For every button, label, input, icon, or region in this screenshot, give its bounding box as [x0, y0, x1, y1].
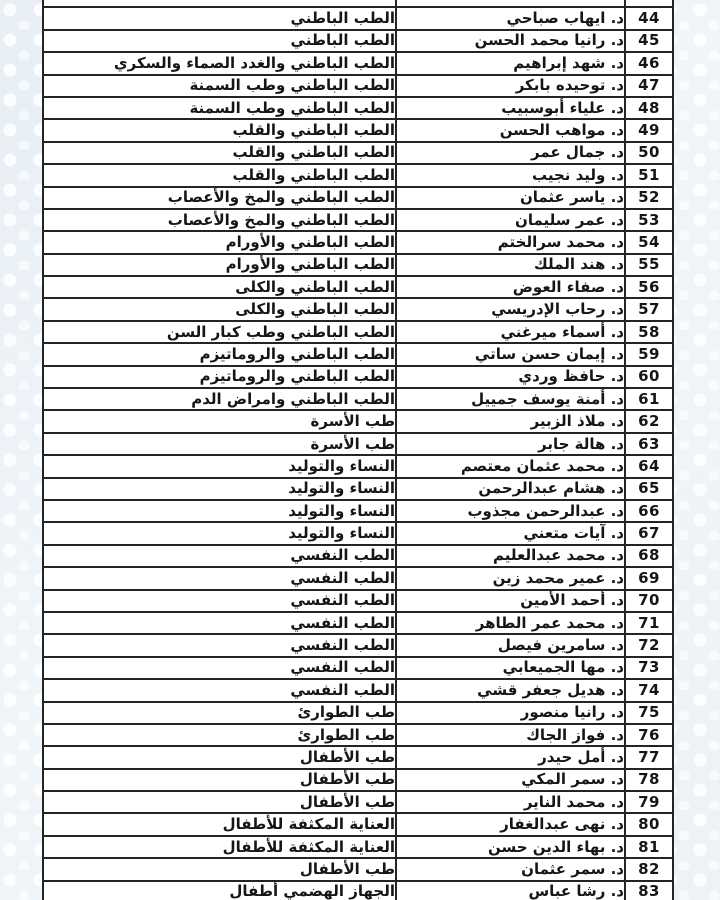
row-number-cell: 49 — [625, 119, 673, 141]
row-number-cell: 83 — [625, 881, 673, 900]
doctor-name-cell: د. محمد عبدالعليم — [396, 545, 625, 567]
specialty-cell: الطب النفسي — [43, 679, 396, 701]
row-number-cell: 72 — [625, 634, 673, 656]
table-row: 83د. رشا عباسالجهاز الهضمي أطفال — [43, 881, 673, 900]
specialty-cell — [43, 0, 396, 7]
row-number-cell: 57 — [625, 298, 673, 320]
row-number-cell: 68 — [625, 545, 673, 567]
row-number-cell: 50 — [625, 142, 673, 164]
specialty-cell: الطب الباطني والقلب — [43, 164, 396, 186]
row-number-cell: 79 — [625, 791, 673, 813]
table-row: 72د. سامرين فيصلالطب النفسي — [43, 634, 673, 656]
specialty-cell: الطب الباطني وطب كبار السن — [43, 321, 396, 343]
specialty-cell: الطب الباطني وطب السمنة — [43, 75, 396, 97]
row-number-cell: 48 — [625, 97, 673, 119]
specialty-cell: العناية المكثفة للأطفال — [43, 813, 396, 835]
table-row: 71د. محمد عمر الطاهرالطب النفسي — [43, 612, 673, 634]
row-number-cell: 73 — [625, 657, 673, 679]
doctor-name-cell: د. محمد عمر الطاهر — [396, 612, 625, 634]
specialty-cell: الطب الباطني والكلى — [43, 276, 396, 298]
doctors-table: 44د. ايهاب صباحيالطب الباطني45د. رانيا م… — [42, 0, 674, 900]
row-number-cell: 58 — [625, 321, 673, 343]
row-number-cell: 77 — [625, 746, 673, 768]
table-row: 44د. ايهاب صباحيالطب الباطني — [43, 7, 673, 29]
table-row: 76د. فواز الجاكطب الطوارئ — [43, 724, 673, 746]
row-number-cell: 62 — [625, 410, 673, 432]
table-row: 50د. جمال عمرالطب الباطني والقلب — [43, 142, 673, 164]
specialty-cell: الطب النفسي — [43, 657, 396, 679]
row-number-cell: 51 — [625, 164, 673, 186]
row-number-cell — [625, 0, 673, 7]
doctor-name-cell: د. توحيده بابكر — [396, 75, 625, 97]
specialty-cell: الطب النفسي — [43, 567, 396, 589]
specialty-cell: الطب الباطني والمخ والأعصاب — [43, 209, 396, 231]
table-row: 58د. أسماء ميرغنيالطب الباطني وطب كبار ا… — [43, 321, 673, 343]
specialty-cell: الطب الباطني والكلى — [43, 298, 396, 320]
table-row: 55د. هند الملكالطب الباطني والأورام — [43, 254, 673, 276]
doctor-name-cell: د. أمل حيدر — [396, 746, 625, 768]
row-number-cell: 59 — [625, 343, 673, 365]
table-row: 45د. رانيا محمد الحسنالطب الباطني — [43, 30, 673, 52]
row-number-cell: 75 — [625, 702, 673, 724]
doctor-name-cell: د. هديل جعفر قشي — [396, 679, 625, 701]
row-number-cell: 56 — [625, 276, 673, 298]
table-row: 63د. هالة جابرطب الأسرة — [43, 433, 673, 455]
doctor-name-cell: د. بهاء الدين حسن — [396, 836, 625, 858]
table-row: 82د. سمر عثمانطب الأطفال — [43, 858, 673, 880]
table-row: 52د. ياسر عثمانالطب الباطني والمخ والأعص… — [43, 187, 673, 209]
table-row: 62د. ملاذ الزبيرطب الأسرة — [43, 410, 673, 432]
table-row: 47د. توحيده بابكرالطب الباطني وطب السمنة — [43, 75, 673, 97]
specialty-cell: طب الأطفال — [43, 746, 396, 768]
specialty-cell: الطب النفسي — [43, 634, 396, 656]
doctor-name-cell: د. أحمد الأمين — [396, 590, 625, 612]
specialty-cell: طب الأسرة — [43, 410, 396, 432]
specialty-cell: الطب الباطني والأورام — [43, 254, 396, 276]
specialty-cell: الطب الباطني والأورام — [43, 231, 396, 253]
row-number-cell: 81 — [625, 836, 673, 858]
doctor-name-cell: د. صفاء العوض — [396, 276, 625, 298]
specialty-cell: طب الأطفال — [43, 791, 396, 813]
table-row: 51د. وليد نجيبالطب الباطني والقلب — [43, 164, 673, 186]
table-row: 48د. علياء أبوسبيبالطب الباطني وطب السمن… — [43, 97, 673, 119]
table-row: 69د. عمير محمد زينالطب النفسي — [43, 567, 673, 589]
row-number-cell: 46 — [625, 52, 673, 74]
row-number-cell: 47 — [625, 75, 673, 97]
row-number-cell: 55 — [625, 254, 673, 276]
specialty-cell: الطب الباطني والروماتيزم — [43, 366, 396, 388]
table-row: 64د. محمد عثمان معتصمالنساء والتوليد — [43, 455, 673, 477]
specialty-cell: الطب الباطني وطب السمنة — [43, 97, 396, 119]
doctor-name-cell: د. رانيا محمد الحسن — [396, 30, 625, 52]
specialty-cell: الطب الباطني والروماتيزم — [43, 343, 396, 365]
doctor-name-cell: د. عمر سليمان — [396, 209, 625, 231]
doctor-name-cell: د. سمر المكي — [396, 769, 625, 791]
doctor-name-cell: د. حافظ وردي — [396, 366, 625, 388]
doctor-name-cell: د. ايهاب صباحي — [396, 7, 625, 29]
specialty-cell: النساء والتوليد — [43, 478, 396, 500]
specialty-cell: الجهاز الهضمي أطفال — [43, 881, 396, 900]
doctors-table-body: 44د. ايهاب صباحيالطب الباطني45د. رانيا م… — [43, 0, 673, 900]
row-number-cell: 54 — [625, 231, 673, 253]
row-number-cell: 60 — [625, 366, 673, 388]
row-number-cell: 78 — [625, 769, 673, 791]
doctor-name-cell: د. هند الملك — [396, 254, 625, 276]
specialty-cell: الطب الباطني والمخ والأعصاب — [43, 187, 396, 209]
row-number-cell: 65 — [625, 478, 673, 500]
table-row: 65د. هشام عبدالرحمنالنساء والتوليد — [43, 478, 673, 500]
doctor-name-cell: د. جمال عمر — [396, 142, 625, 164]
table-row: 53د. عمر سليمانالطب الباطني والمخ والأعص… — [43, 209, 673, 231]
row-number-cell: 74 — [625, 679, 673, 701]
doctor-name-cell: د. محمد عثمان معتصم — [396, 455, 625, 477]
doctor-name-cell — [396, 0, 625, 7]
table-row: 75د. رانيا منصورطب الطوارئ — [43, 702, 673, 724]
row-number-cell: 76 — [625, 724, 673, 746]
row-number-cell: 53 — [625, 209, 673, 231]
doctor-name-cell: د. مها الجميعابي — [396, 657, 625, 679]
specialty-cell: الطب النفسي — [43, 612, 396, 634]
doctor-name-cell: د. إيمان حسن ساتي — [396, 343, 625, 365]
specialty-cell: الطب النفسي — [43, 545, 396, 567]
doctor-name-cell: د. سامرين فيصل — [396, 634, 625, 656]
page-background: 44د. ايهاب صباحيالطب الباطني45د. رانيا م… — [0, 0, 720, 900]
table-row: 77د. أمل حيدرطب الأطفال — [43, 746, 673, 768]
specialty-cell: العناية المكثفة للأطفال — [43, 836, 396, 858]
specialty-cell: النساء والتوليد — [43, 522, 396, 544]
table-row: 80د. نهى عبدالغفارالعناية المكثفة للأطفا… — [43, 813, 673, 835]
specialty-cell: الطب النفسي — [43, 590, 396, 612]
table-row: 60د. حافظ ورديالطب الباطني والروماتيزم — [43, 366, 673, 388]
doctor-name-cell: د. علياء أبوسبيب — [396, 97, 625, 119]
row-number-cell: 69 — [625, 567, 673, 589]
row-number-cell: 66 — [625, 500, 673, 522]
specialty-cell: الطب الباطني والقلب — [43, 119, 396, 141]
doctor-name-cell: د. مواهب الحسن — [396, 119, 625, 141]
doctor-name-cell: د. ملاذ الزبير — [396, 410, 625, 432]
row-number-cell: 45 — [625, 30, 673, 52]
table-row: 49د. مواهب الحسنالطب الباطني والقلب — [43, 119, 673, 141]
table-row: 46د. شهد إبراهيمالطب الباطني والغدد الصم… — [43, 52, 673, 74]
specialty-cell: الطب الباطني والغدد الصماء والسكري — [43, 52, 396, 74]
doctor-name-cell: د. رانيا منصور — [396, 702, 625, 724]
table-row-partial — [43, 0, 673, 7]
table-row: 59د. إيمان حسن ساتيالطب الباطني والرومات… — [43, 343, 673, 365]
row-number-cell: 82 — [625, 858, 673, 880]
row-number-cell: 71 — [625, 612, 673, 634]
row-number-cell: 64 — [625, 455, 673, 477]
specialty-cell: النساء والتوليد — [43, 500, 396, 522]
row-number-cell: 44 — [625, 7, 673, 29]
table-row: 73د. مها الجميعابيالطب النفسي — [43, 657, 673, 679]
specialty-cell: الطب الباطني والقلب — [43, 142, 396, 164]
doctor-name-cell: د. محمد الناير — [396, 791, 625, 813]
doctor-name-cell: د. رحاب الإدريسي — [396, 298, 625, 320]
doctor-name-cell: د. ياسر عثمان — [396, 187, 625, 209]
row-number-cell: 70 — [625, 590, 673, 612]
table-row: 67د. آيات متعنيالنساء والتوليد — [43, 522, 673, 544]
doctor-name-cell: د. هشام عبدالرحمن — [396, 478, 625, 500]
specialty-cell: طب الأطفال — [43, 858, 396, 880]
doctor-name-cell: د. آيات متعني — [396, 522, 625, 544]
doctor-name-cell: د. عبدالرحمن مجذوب — [396, 500, 625, 522]
specialty-cell: الطب الباطني — [43, 7, 396, 29]
doctor-name-cell: د. وليد نجيب — [396, 164, 625, 186]
table-row: 57د. رحاب الإدريسيالطب الباطني والكلى — [43, 298, 673, 320]
table-row: 54د. محمد سرالختمالطب الباطني والأورام — [43, 231, 673, 253]
table-row: 66د. عبدالرحمن مجذوبالنساء والتوليد — [43, 500, 673, 522]
specialty-cell: طب الأطفال — [43, 769, 396, 791]
doctor-name-cell: د. فواز الجاك — [396, 724, 625, 746]
doctor-name-cell: د. أسماء ميرغني — [396, 321, 625, 343]
table-row: 61د. أمنة يوسف جمييلالطب الباطني وامراض … — [43, 388, 673, 410]
table-row: 78د. سمر المكيطب الأطفال — [43, 769, 673, 791]
table-row: 68د. محمد عبدالعليمالطب النفسي — [43, 545, 673, 567]
specialty-cell: طب الطوارئ — [43, 724, 396, 746]
doctor-name-cell: د. شهد إبراهيم — [396, 52, 625, 74]
doctor-name-cell: د. رشا عباس — [396, 881, 625, 900]
specialty-cell: الطب الباطني وامراض الدم — [43, 388, 396, 410]
row-number-cell: 61 — [625, 388, 673, 410]
specialty-cell: النساء والتوليد — [43, 455, 396, 477]
doctor-name-cell: د. عمير محمد زين — [396, 567, 625, 589]
doctor-name-cell: د. هالة جابر — [396, 433, 625, 455]
specialty-cell: طب الأسرة — [43, 433, 396, 455]
row-number-cell: 80 — [625, 813, 673, 835]
doctor-name-cell: د. سمر عثمان — [396, 858, 625, 880]
doctor-name-cell: د. أمنة يوسف جمييل — [396, 388, 625, 410]
doctor-name-cell: د. محمد سرالختم — [396, 231, 625, 253]
row-number-cell: 52 — [625, 187, 673, 209]
row-number-cell: 67 — [625, 522, 673, 544]
table-row: 79د. محمد النايرطب الأطفال — [43, 791, 673, 813]
table-row: 81د. بهاء الدين حسنالعناية المكثفة للأطف… — [43, 836, 673, 858]
table-row: 74د. هديل جعفر قشيالطب النفسي — [43, 679, 673, 701]
doctor-name-cell: د. نهى عبدالغفار — [396, 813, 625, 835]
table-row: 70د. أحمد الأمينالطب النفسي — [43, 590, 673, 612]
table-row: 56د. صفاء العوضالطب الباطني والكلى — [43, 276, 673, 298]
specialty-cell: الطب الباطني — [43, 30, 396, 52]
row-number-cell: 63 — [625, 433, 673, 455]
specialty-cell: طب الطوارئ — [43, 702, 396, 724]
